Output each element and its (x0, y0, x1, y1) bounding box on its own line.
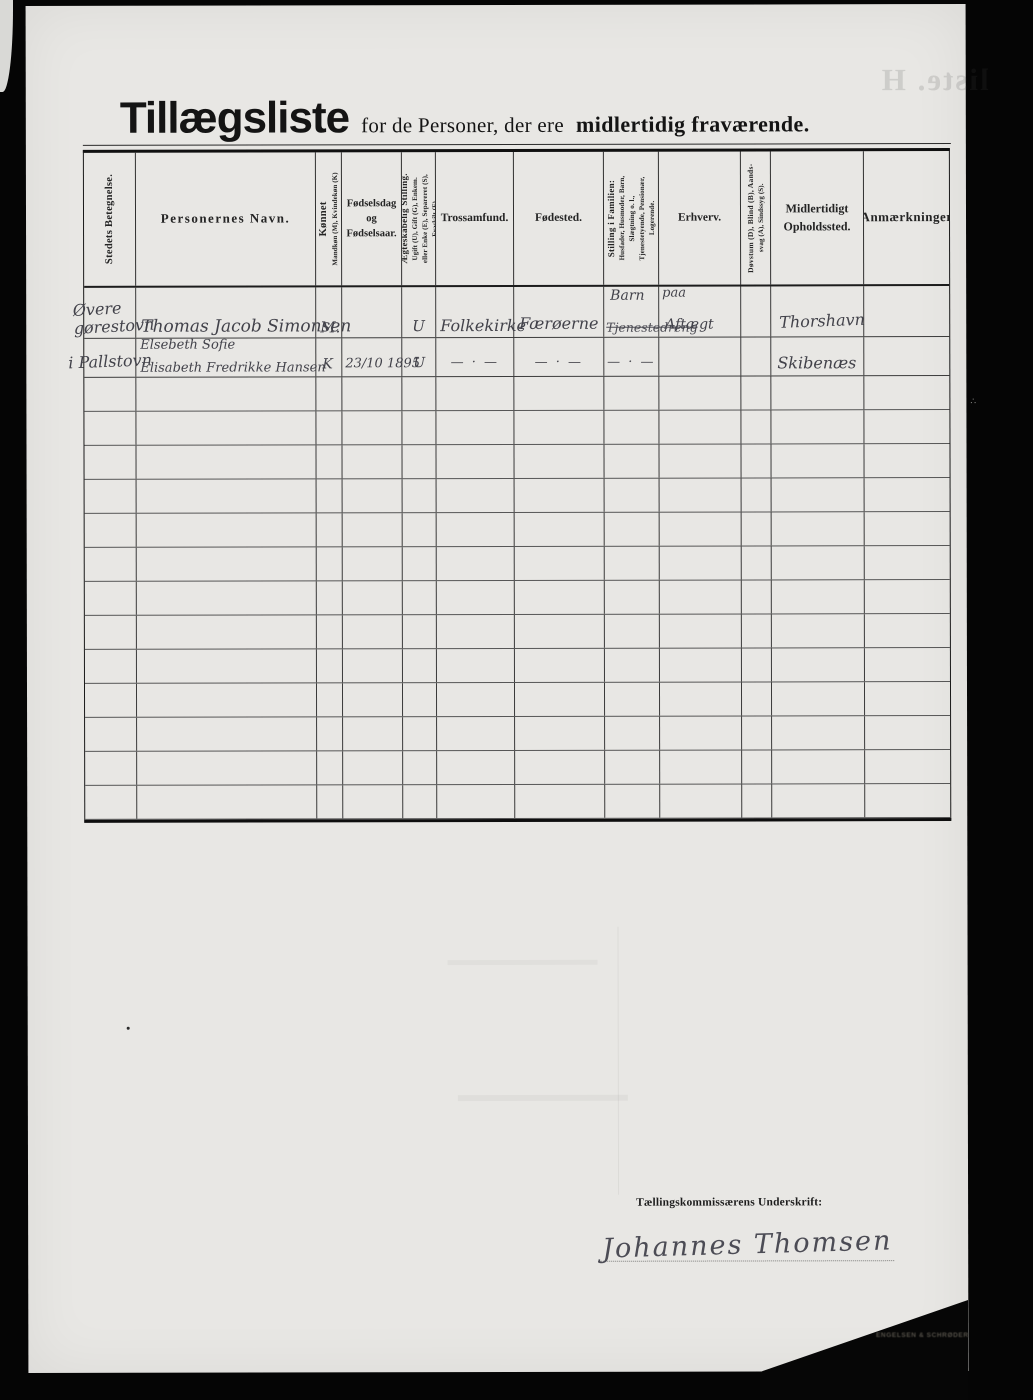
empty-cell (771, 444, 864, 477)
empty-cell (659, 444, 741, 477)
empty-cell (402, 445, 436, 478)
header-stedets-betegnelse: Stedets Betegnelse. (84, 153, 136, 286)
empty-cell (436, 411, 514, 444)
empty-cell (772, 784, 865, 817)
empty-cell (660, 716, 742, 749)
table-body: Øvere gørestovn Thomas Jacob Simonsen M. (84, 286, 950, 820)
cell-fodested: — · — (514, 338, 604, 376)
empty-cell (865, 750, 950, 783)
empty-cell (343, 785, 403, 818)
empty-cell (865, 580, 950, 613)
empty-cell (605, 581, 660, 614)
empty-cell (342, 411, 402, 444)
header-erhverv: Erhverv. (659, 151, 741, 284)
cell-anm (864, 286, 949, 336)
empty-cell (771, 376, 864, 409)
empty-cell (660, 784, 742, 817)
empty-cell (742, 580, 772, 613)
empty-cell (85, 616, 137, 649)
header-fodested-label: Fødested. (535, 210, 582, 227)
empty-cell (137, 513, 317, 546)
empty-cell (402, 377, 436, 410)
header-stilling-i-familien: Stilling i Familien: Husfader, Husmoder,… (604, 152, 659, 285)
empty-cell (605, 751, 660, 784)
empty-cell (865, 784, 950, 817)
empty-cell (136, 445, 316, 478)
empty-cell (772, 512, 865, 545)
handwriting-occupation-line2: Aftægt (665, 317, 713, 332)
header-stilling-sub4: Logerende. (648, 201, 656, 236)
empty-cell (137, 717, 317, 750)
empty-cell (403, 547, 437, 580)
bleed-through-ghost-text: liste. H (809, 62, 989, 98)
empty-cell (84, 378, 136, 411)
empty-cell (515, 615, 605, 648)
empty-cell (515, 581, 605, 614)
bleed-through-line (617, 927, 619, 1195)
empty-cell (316, 411, 342, 444)
empty-cell (515, 683, 605, 716)
empty-row (85, 750, 950, 786)
empty-cell (343, 683, 403, 716)
empty-cell (137, 751, 317, 784)
form-title-main: Tillægsliste (120, 93, 349, 143)
empty-cell (317, 717, 343, 750)
empty-cell (136, 411, 316, 444)
empty-cell (342, 377, 402, 410)
empty-cell (317, 751, 343, 784)
empty-cell (343, 649, 403, 682)
empty-cell (514, 377, 604, 410)
cell-erhverv: paa Aftægt (659, 286, 741, 336)
header-fodselsdag-label: Fødselsdag og Fødselsaar. (343, 196, 400, 242)
header-stilling-sub2: Slægtning o. l., (628, 195, 636, 241)
cell-tro: — · — (436, 338, 514, 376)
empty-cell (772, 580, 865, 613)
empty-cell (742, 784, 772, 817)
header-stilling-sub1: Husfader, Husmoder, Barn, (618, 176, 626, 261)
cell-stilling: — · — (604, 338, 659, 376)
empty-cell (604, 445, 659, 478)
empty-cell (137, 649, 317, 682)
empty-row (85, 784, 950, 820)
header-trossamfund-label: Trossamfund. (441, 210, 509, 227)
bleed-through-smudge (448, 960, 598, 965)
cell-navn: Thomas Jacob Simonsen (136, 287, 316, 337)
handwriting-temporary-residence: Thorshavn (779, 311, 865, 332)
form-page: liste. H Tillægsliste for de Personer, d… (26, 4, 969, 1373)
header-anmaerkninger-label: Anmærkninger (864, 208, 949, 227)
empty-cell (136, 377, 316, 410)
cell-dovstum (741, 286, 771, 336)
handwriting-name-line1: Elsebeth Sofie (140, 339, 235, 353)
header-dovstum-sub: svag (A), Sindssyg (S). (757, 184, 765, 253)
empty-cell (772, 682, 865, 715)
handwriting-ditto-mark: — · — (607, 355, 655, 369)
empty-cell (85, 718, 137, 751)
empty-cell (742, 648, 772, 681)
cell-fodsel: 23/10 1895 (342, 338, 402, 376)
empty-cell (403, 751, 437, 784)
header-aegteskabelig-stilling: Ægteskabelig Stilling. Ugift (U), Gift (… (402, 152, 436, 285)
table-header-row: Stedets Betegnelse. Personernes Navn. Kø… (84, 151, 949, 288)
empty-cell (515, 717, 605, 750)
handwriting-ditto-mark: — · — (535, 356, 583, 370)
empty-cell (317, 649, 343, 682)
empty-cell (742, 716, 772, 749)
page-edge-sliver (0, 0, 13, 92)
empty-row (84, 410, 949, 446)
empty-cell (772, 750, 865, 783)
empty-cell (437, 547, 515, 580)
empty-cell (741, 376, 771, 409)
header-anmaerkninger: Anmærkninger (864, 151, 949, 284)
cell-aegteskab: U (402, 338, 436, 376)
empty-cell (437, 649, 515, 682)
header-personernes-navn: Personernes Navn. (136, 152, 316, 285)
empty-cell (403, 785, 437, 818)
form-title: Tillægsliste for de Personer, der ere mi… (120, 92, 810, 143)
empty-cell (342, 445, 402, 478)
empty-cell (771, 410, 864, 443)
empty-cell (85, 786, 137, 819)
empty-cell (137, 615, 317, 648)
signature-label: Tællingskommissærens Underskrift: (636, 1196, 822, 1208)
bleed-through-smudge (458, 1095, 628, 1101)
header-fodselsdag: Fødselsdag og Fødselsaar. (342, 152, 402, 285)
empty-cell (403, 581, 437, 614)
header-stilling-label: Stilling i Familien: (606, 179, 616, 257)
header-erhverv-label: Erhverv. (678, 210, 721, 227)
empty-cell (660, 750, 742, 783)
empty-cell (84, 446, 136, 479)
empty-cell (864, 376, 949, 409)
empty-cell (514, 411, 604, 444)
table-row: i Pallstovn Elsebeth Sofie Elisabeth Fre… (84, 337, 949, 378)
margin-specks: ∴ (970, 396, 977, 407)
empty-cell (515, 785, 605, 818)
empty-cell (85, 684, 137, 717)
empty-cell (85, 582, 137, 615)
empty-cell (865, 716, 950, 749)
empty-cell (864, 444, 949, 477)
handwriting-occupation-line1: paa (662, 287, 686, 301)
empty-cell (137, 785, 317, 818)
empty-row (85, 580, 950, 616)
printer-imprint: ENGELSEN & SCHRØDER (876, 1332, 969, 1339)
empty-row (85, 512, 950, 548)
empty-cell (403, 479, 437, 512)
empty-cell (605, 717, 660, 750)
empty-cell (660, 648, 742, 681)
empty-row (85, 614, 950, 650)
handwriting-name-line2: Elisabeth Fredrikke Hansen (140, 361, 325, 376)
empty-cell (605, 649, 660, 682)
empty-cell (317, 785, 343, 818)
header-opholdssted-label: Midlertidigt Opholdssted. (772, 200, 862, 235)
cell-aegteskab: U (402, 287, 436, 337)
empty-cell (742, 682, 772, 715)
header-stilling-sub3: Tjenestetyende, Pensionær, (638, 176, 646, 260)
empty-cell (605, 615, 660, 648)
empty-cell (742, 750, 772, 783)
handwriting-birthplace: Færøerne (519, 315, 598, 333)
empty-cell (437, 479, 515, 512)
empty-cell (659, 410, 741, 443)
empty-cell (515, 751, 605, 784)
empty-cell (317, 683, 343, 716)
empty-row (84, 376, 949, 412)
empty-cell (403, 513, 437, 546)
signature-line: Johannes Thomsen (598, 1214, 894, 1262)
empty-cell (865, 648, 950, 681)
empty-cell (403, 717, 437, 750)
empty-cell (772, 614, 865, 647)
empty-cell (605, 513, 660, 546)
empty-row (85, 682, 950, 718)
header-konnet: Kønnet Mandkøn (M), Kvindekøn (K) (316, 152, 342, 285)
empty-cell (742, 512, 772, 545)
handwriting-temporary-residence: Skibenæs (777, 355, 856, 373)
signature-handwriting: Johannes Thomsen (602, 1225, 893, 1264)
empty-cell (772, 546, 865, 579)
cell-erhverv (659, 337, 741, 375)
empty-cell (865, 512, 950, 545)
empty-row (85, 648, 950, 684)
cell-fodested: Færøerne (514, 287, 604, 337)
header-aegteskabelig-label: Ægteskabelig Stilling. (402, 173, 409, 264)
empty-cell (437, 785, 515, 818)
empty-cell (316, 377, 342, 410)
empty-cell (772, 478, 865, 511)
empty-cell (660, 682, 742, 715)
header-trossamfund: Trossamfund. (436, 152, 514, 285)
cell-kon: M. (316, 287, 342, 337)
header-personernes-navn-label: Personernes Navn. (161, 210, 291, 229)
cell-fodsel (342, 287, 402, 337)
empty-cell (437, 751, 515, 784)
form-title-mid: for de Personer, der ere (361, 113, 564, 138)
handwriting-ditto-mark: — · — (451, 356, 499, 370)
handwriting-sex: K (322, 357, 333, 372)
empty-cell (659, 376, 741, 409)
empty-cell (403, 649, 437, 682)
empty-cell (436, 445, 514, 478)
empty-cell (85, 514, 137, 547)
empty-cell (137, 683, 317, 716)
empty-cell (84, 412, 136, 445)
header-fodested: Fødested. (514, 152, 604, 285)
form-title-tail: midlertidig fraværende. (576, 111, 810, 137)
handwriting-marital: U (412, 318, 425, 335)
empty-cell (437, 615, 515, 648)
empty-cell (85, 650, 137, 683)
empty-cell (343, 581, 403, 614)
empty-cell (604, 377, 659, 410)
empty-cell (403, 615, 437, 648)
empty-cell (137, 581, 317, 614)
cell-stilling: Barn Tjenestedreng (604, 287, 659, 337)
empty-cell (865, 682, 950, 715)
handwriting-family-position: Barn (610, 289, 644, 304)
empty-cell (85, 480, 137, 513)
empty-cell (865, 478, 950, 511)
header-stedets-betegnelse-label: Stedets Betegnelse. (104, 174, 115, 264)
empty-cell (741, 444, 771, 477)
handwriting-marital: U (413, 356, 425, 371)
cell-anm (864, 337, 949, 375)
empty-cell (402, 411, 436, 444)
empty-cell (343, 479, 403, 512)
empty-cell (660, 478, 742, 511)
empty-cell (85, 752, 137, 785)
empty-cell (317, 615, 343, 648)
empty-cell (515, 649, 605, 682)
empty-cell (660, 512, 742, 545)
empty-cell (605, 479, 660, 512)
empty-cell (742, 478, 772, 511)
empty-cell (515, 513, 605, 546)
empty-cell (515, 547, 605, 580)
empty-cell (660, 614, 742, 647)
cell-tro: Folkekirke (436, 287, 514, 337)
empty-cell (514, 445, 604, 478)
empty-cell (865, 614, 950, 647)
handwriting-faith: Folkekirke (440, 317, 526, 335)
empty-cell (343, 547, 403, 580)
cell-dovstum (741, 337, 771, 375)
empty-cell (605, 683, 660, 716)
empty-cell (742, 546, 772, 579)
empty-cell (741, 410, 771, 443)
empty-cell (864, 410, 949, 443)
empty-cell (137, 547, 317, 580)
empty-cell (317, 513, 343, 546)
cell-ophold: Thorshavn (771, 286, 864, 336)
empty-row (85, 716, 950, 752)
empty-row (84, 444, 949, 480)
empty-cell (436, 377, 514, 410)
empty-row (85, 478, 950, 514)
empty-cell (317, 479, 343, 512)
cell-sted: Øvere gørestovn (84, 288, 136, 338)
empty-cell (772, 648, 865, 681)
header-dovstum: Døvstum (D), Blind (B), Aands- svag (A),… (741, 151, 771, 284)
header-dovstum-label: Døvstum (D), Blind (B), Aands- (746, 163, 755, 272)
empty-cell (515, 479, 605, 512)
header-aegteskabelig-sub2: eller Enke (E), Separeret (S), (420, 174, 428, 263)
empty-cell (605, 547, 660, 580)
ink-spot (127, 1027, 130, 1030)
header-midlertidigt-opholdssted: Midlertidigt Opholdssted. (771, 151, 864, 284)
handwriting-sex: M. (320, 319, 340, 336)
empty-cell (437, 513, 515, 546)
header-aegteskabelig-sub1: Ugift (U), Gift (G), Enkem. (410, 177, 418, 260)
empty-cell (605, 785, 660, 818)
empty-cell (317, 581, 343, 614)
empty-cell (343, 513, 403, 546)
empty-cell (85, 548, 137, 581)
empty-cell (137, 479, 317, 512)
empty-cell (437, 717, 515, 750)
header-konnet-label: Kønnet (318, 201, 329, 236)
empty-cell (343, 717, 403, 750)
scanned-document: liste. H Tillægsliste for de Personer, d… (0, 0, 1033, 1400)
empty-cell (403, 683, 437, 716)
empty-cell (772, 716, 865, 749)
empty-cell (660, 546, 742, 579)
empty-cell (317, 547, 343, 580)
empty-cell (343, 751, 403, 784)
table-row: Øvere gørestovn Thomas Jacob Simonsen M. (84, 286, 949, 339)
census-table: Stedets Betegnelse. Personernes Navn. Kø… (83, 148, 951, 823)
empty-cell (660, 580, 742, 613)
empty-cell (865, 546, 950, 579)
empty-cell (437, 683, 515, 716)
empty-cell (316, 445, 342, 478)
empty-cell (437, 581, 515, 614)
empty-row (85, 546, 950, 582)
empty-cell (604, 411, 659, 444)
empty-cell (343, 615, 403, 648)
cell-sted: i Pallstovn (84, 339, 136, 377)
cell-kon: K (316, 338, 342, 376)
empty-cell (742, 614, 772, 647)
header-konnet-sub: Mandkøn (M), Kvindekøn (K) (331, 172, 339, 265)
cell-ophold: Skibenæs (771, 337, 864, 375)
cell-navn: Elsebeth Sofie Elisabeth Fredrikke Hanse… (136, 338, 316, 376)
